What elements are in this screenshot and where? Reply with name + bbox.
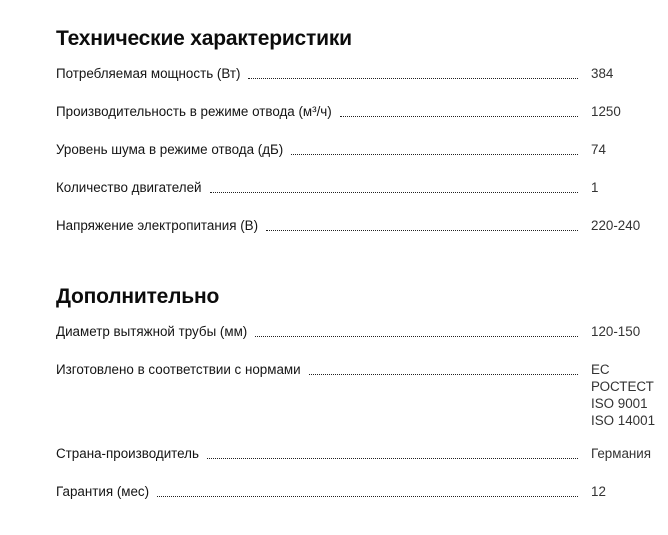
spec-value: 220-240 (591, 217, 640, 234)
spec-row-motors: Количество двигателей 1 (56, 179, 668, 217)
standard-item: ISO 9001 (591, 395, 655, 412)
spec-value: 12 (591, 483, 606, 500)
section-title: Технические характеристики (56, 25, 668, 53)
spec-row-voltage: Напряжение электропитания (В) 220-240 (56, 217, 668, 255)
spec-label: Количество двигателей (56, 179, 202, 196)
spec-label: Страна-производитель (56, 445, 199, 462)
spec-value: 1250 (591, 103, 621, 120)
standard-item: РОСТЕСТ (591, 378, 655, 395)
spec-label: Уровень шума в режиме отвода (дБ) (56, 141, 283, 158)
dotted-leader (266, 230, 578, 231)
dotted-leader (291, 154, 578, 155)
spec-value-list: ЕС РОСТЕСТ ISO 9001 ISO 14001 (591, 361, 655, 429)
dotted-leader (255, 336, 578, 337)
spec-value: 74 (591, 141, 606, 158)
section-title: Дополнительно (56, 283, 668, 311)
spec-list: Диаметр вытяжной трубы (мм) 120-150 Изго… (56, 323, 668, 521)
tech-specs-section: Технические характеристики Потребляемая … (56, 25, 668, 255)
dotted-leader (157, 496, 578, 497)
spec-list: Потребляемая мощность (Вт) 384 Производи… (56, 65, 668, 255)
dotted-leader (248, 78, 578, 79)
spec-value: 384 (591, 65, 613, 82)
standard-item: ISO 14001 (591, 412, 655, 429)
spec-row-country: Страна-производитель Германия (56, 445, 668, 483)
spec-label: Гарантия (мес) (56, 483, 149, 500)
spec-label: Напряжение электропитания (В) (56, 217, 258, 234)
spec-row-standards: Изготовлено в соответствии с нормами ЕС … (56, 361, 668, 445)
spec-row-noise: Уровень шума в режиме отвода (дБ) 74 (56, 141, 668, 179)
additional-section: Дополнительно Диаметр вытяжной трубы (мм… (56, 283, 668, 521)
spec-row-throughput: Производительность в режиме отвода (м³/ч… (56, 103, 668, 141)
spec-label: Диаметр вытяжной трубы (мм) (56, 323, 247, 340)
spec-row-pipe-diameter: Диаметр вытяжной трубы (мм) 120-150 (56, 323, 668, 361)
dotted-leader (210, 192, 578, 193)
standard-item: ЕС (591, 361, 655, 378)
spec-label: Изготовлено в соответствии с нормами (56, 361, 301, 378)
spec-value: Германия (591, 445, 651, 462)
spec-row-power: Потребляемая мощность (Вт) 384 (56, 65, 668, 103)
spec-label: Производительность в режиме отвода (м³/ч… (56, 103, 332, 120)
dotted-leader (207, 458, 578, 459)
spec-value: 1 (591, 179, 598, 196)
dotted-leader (309, 374, 578, 375)
spec-row-warranty: Гарантия (мес) 12 (56, 483, 668, 521)
spec-value: 120-150 (591, 323, 640, 340)
spec-label: Потребляемая мощность (Вт) (56, 65, 240, 82)
dotted-leader (340, 116, 578, 117)
